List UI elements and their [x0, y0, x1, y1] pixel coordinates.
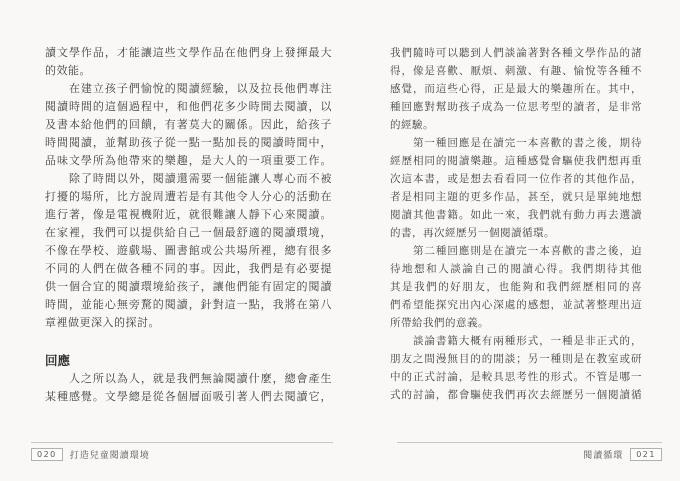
text-line: 的書，再次經歷另一個閱讀循環。: [390, 224, 642, 242]
text-line: 在家裡，我們可以提供給自己一個最舒適的閱讀環境，: [45, 224, 332, 242]
text-line: 式的討論，都會驅使我們再次去經歷另一個閱讀循環：: [390, 386, 642, 404]
book-title: 打造兒童閱讀環境: [70, 448, 150, 461]
text-line: 我們隨時可以聽到人們談論著對各種文學作品的諸多心: [390, 44, 642, 62]
text-line: 感覺，而這些心得，正是最大的樂趣所在。其中，有兩: [390, 80, 642, 98]
text-line: 人之所以為人，就是我們無論閱讀什麼，總會產生: [45, 370, 332, 388]
text-line: 其是我們的好朋友，也能夠和我們經歷相同的喜悅。我: [390, 278, 642, 296]
text-line: 次這本書，或是想去看看同一位作者的其他作品，又或: [390, 170, 642, 188]
text-line: 章裡做更深入的探討。: [45, 314, 332, 332]
text-line: 時間閱讀，並幫助孩子從一點一點加長的閱讀時間中，: [45, 134, 332, 152]
book-spread: 讀文學作品，才能讓這些文學作品在他們身上發揮最大的效能。 在建立孩子們愉悅的閱讀…: [0, 0, 680, 481]
section-gap: [45, 332, 332, 352]
text-line: 進行著，像是電視機附近，就很難讓人靜下心來閱讀。: [45, 206, 332, 224]
text-line: 在建立孩子們愉悅的閱讀經驗，以及拉長他們專注: [45, 80, 332, 98]
right-page-paragraphs: 我們隨時可以聽到人們談論著對各種文學作品的諸多心得，像是喜歡、厭煩、刺激、有趣、…: [390, 44, 642, 404]
text-line: 讀文學作品，才能讓這些文學作品在他們身上發揮最大: [45, 44, 332, 62]
left-page-response-paragraph: 人之所以為人，就是我們無論閱讀什麼，總會產生某種感覺。文學總是從各個層面吸引著人…: [45, 370, 332, 406]
left-page-number-badge: 020: [31, 448, 63, 461]
right-page-number-badge: 021: [630, 448, 662, 461]
text-line: 談論書籍大概有兩種形式，一種是非正式的，屬於: [390, 332, 642, 350]
section-heading: 回應: [45, 352, 332, 370]
text-line: 及書本給他們的回饋，有著莫大的關係。因此，給孩子: [45, 116, 332, 134]
text-line: 所帶給我們的意義。: [390, 314, 642, 332]
text-line: 得，像是喜歡、厭煩、刺激、有趣、愉悅等各種不同的: [390, 62, 642, 80]
text-line: 閱讀時間的這個過程中，和他們花多少時間去閱讀，以: [45, 98, 332, 116]
text-line: 供一個合宜的閱讀環境給孩子，讓他們能有固定的閱讀: [45, 278, 332, 296]
text-line: 時間，並能心無旁騖的閱讀，針對這一點，我將在第八: [45, 296, 332, 314]
text-line: 品味文學所為他帶來的樂趣，是大人的一項重要工作。: [45, 152, 332, 170]
text-line: 不同的人們在做各種不同的事。因此，我們是有必要提: [45, 260, 332, 278]
right-page-body: 我們隨時可以聽到人們談論著對各種文學作品的諸多心得，像是喜歡、厭煩、刺激、有趣、…: [390, 44, 642, 404]
left-page-paragraphs: 讀文學作品，才能讓這些文學作品在他們身上發揮最大的效能。 在建立孩子們愉悅的閱讀…: [45, 44, 332, 332]
text-line: 第一種回應是在讀完一本喜歡的書之後，期待能再: [390, 134, 642, 152]
text-line: 打擾的場所，比方說周遭若是有其他令人分心的活動在: [45, 188, 332, 206]
text-line: 中的正式討論，是較具思考性的形式。不管是哪一種形: [390, 368, 642, 386]
text-line: 第二種回應則是在讀完一本喜歡的書之後，迫不及: [390, 242, 642, 260]
text-line: 除了時間以外，閱讀還需要一個能讓人專心而不被: [45, 170, 332, 188]
left-page-footer: 020 打造兒童閱讀環境: [31, 442, 333, 461]
chapter-title: 閱讀循環: [583, 448, 623, 461]
text-line: 者是相同主題的更多作品，甚至，就只是單純地想再去: [390, 188, 642, 206]
text-line: 經歷相同的閱讀樂趣。這種感覺會驅使我們想再重讀一: [390, 152, 642, 170]
text-line: 閱讀其他書籍。如此一來，我們就有動力再去選讀其他: [390, 206, 642, 224]
left-page-body: 讀文學作品，才能讓這些文學作品在他們身上發揮最大的效能。 在建立孩子們愉悅的閱讀…: [45, 44, 332, 406]
text-line: 的效能。: [45, 62, 332, 80]
text-line: 們希望能探究出內心深處的感想，並試著整理出這本書: [390, 296, 642, 314]
text-line: 某種感覺。文學總是從各個層面吸引著人們去閱讀它，: [45, 388, 332, 406]
text-line: 不像在學校、遊戲場、圖書館或公共場所裡，總有很多: [45, 242, 332, 260]
text-line: 的經驗。: [390, 116, 642, 134]
text-line: 待地想和人談論自己的閱讀心得。我們期待其他人，尤: [390, 260, 642, 278]
right-page-footer: 閱讀循環 021: [397, 442, 662, 461]
text-line: 種回應對幫助孩子成為一位思考型的讀者，是非常重要: [390, 98, 642, 116]
text-line: 朋友之間漫無目的的閒談；另一種則是在教室或研討會: [390, 350, 642, 368]
